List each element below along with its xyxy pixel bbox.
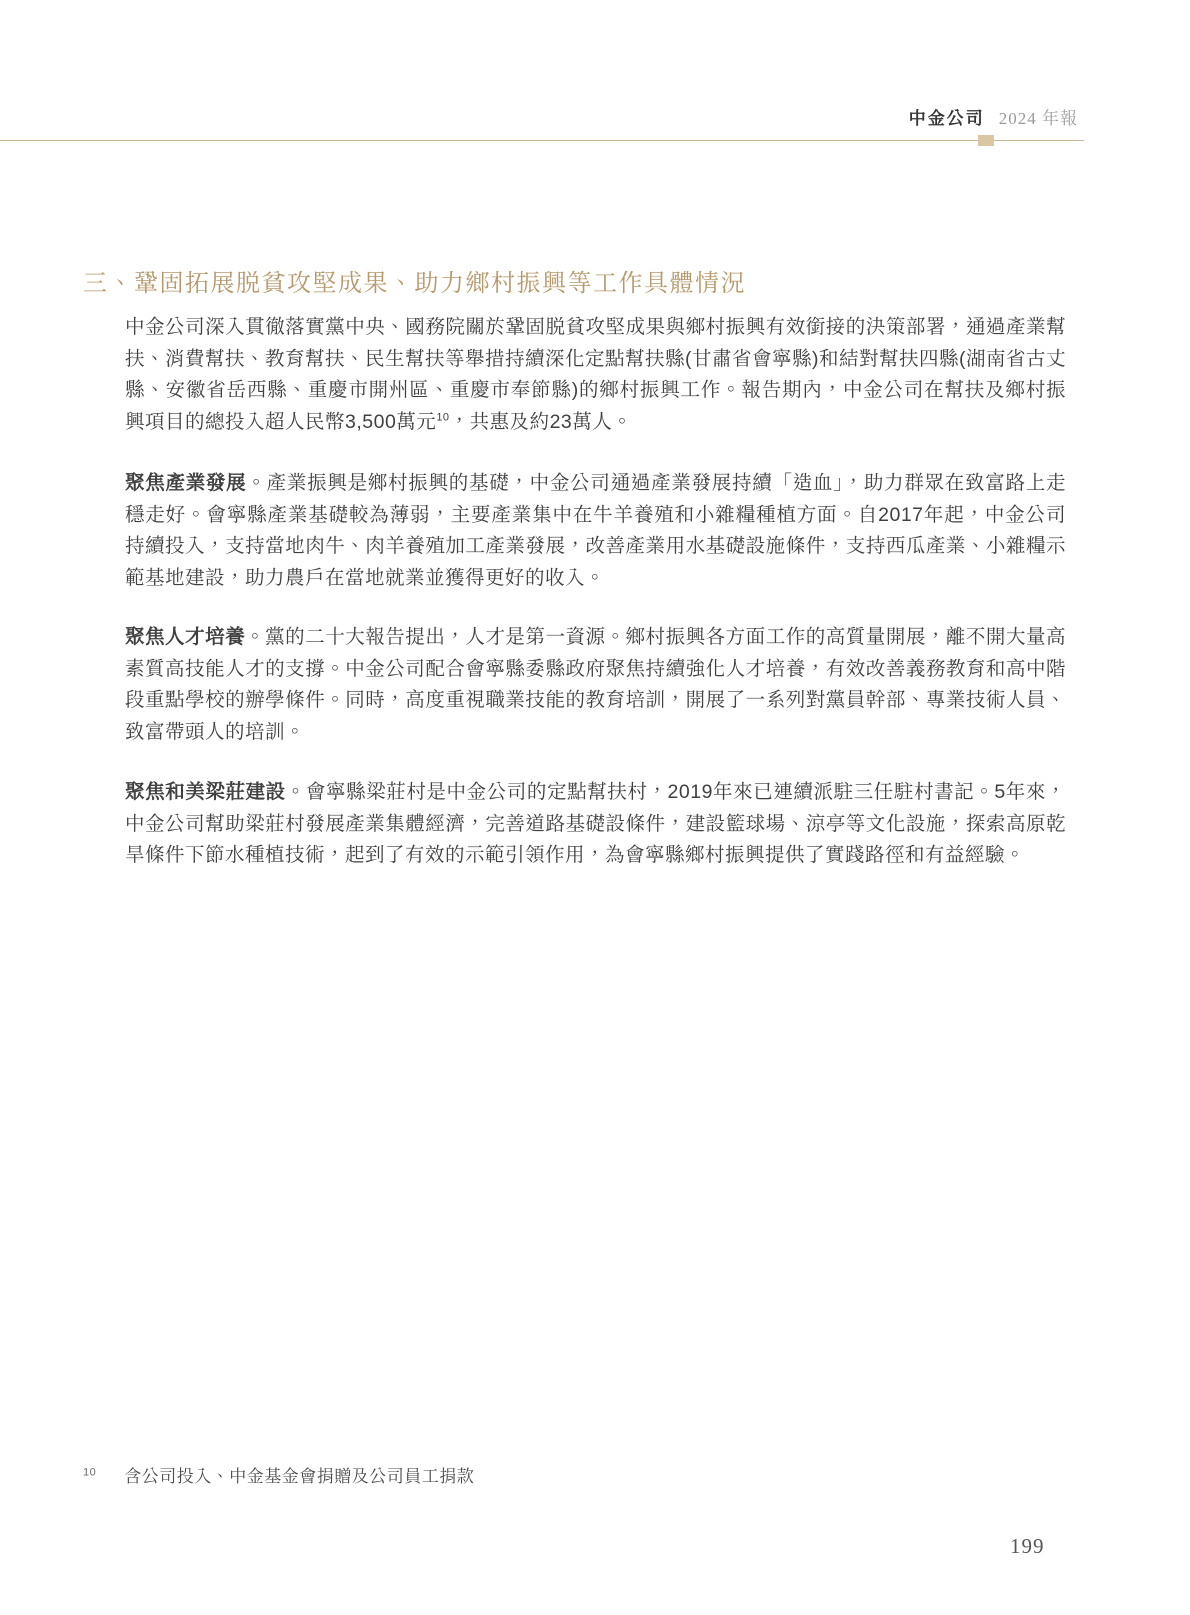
paragraph-lead-industry: 聚焦產業發展 [125,472,246,494]
paragraph-overview-text-after: ，共惠及約23萬人。 [450,411,633,433]
paragraph-overview: 中金公司深入貫徹落實黨中央、國務院關於鞏固脱貧攻堅成果與鄉村振興有效銜接的決策部… [125,312,1066,438]
company-name: 中金公司 [909,109,985,128]
paragraph-lead-talent: 聚焦人才培養 [125,626,245,648]
section-title: 三、鞏固拓展脱貧攻堅成果、助力鄉村振興等工作具體情況 [83,263,746,298]
running-header: 中金公司2024 年報 [909,104,1078,129]
paragraph-industry-text: 。產業振興是鄉村振興的基礎，中金公司通過產業發展持續「造血」，助力群眾在致富路上… [125,472,1066,589]
footnote-text: 含公司投入、中金基金會捐贈及公司員工捐款 [124,1467,474,1486]
paragraph-talent-text: 。黨的二十大報告提出，人才是第一資源。鄉村振興各方面工作的高質量開展，離不開大量… [125,626,1066,743]
paragraph-liangzhuang-village: 聚焦和美梁莊建設。會寧縣梁莊村是中金公司的定點幫扶村，2019年來已連續派駐三任… [125,777,1066,872]
page-number: 199 [1010,1534,1045,1559]
report-year: 2024 年報 [999,109,1078,128]
footnote: 10含公司投入、中金基金會捐贈及公司員工捐款 [83,1462,1003,1487]
divider-square-ornament [978,135,994,146]
paragraph-talent-cultivation: 聚焦人才培養。黨的二十大報告提出，人才是第一資源。鄉村振興各方面工作的高質量開展… [125,622,1066,748]
paragraph-lead-liangzhuang: 聚焦和美梁莊建設 [125,781,286,803]
report-page: 中金公司2024 年報 三、鞏固拓展脱貧攻堅成果、助力鄉村振興等工作具體情況 中… [0,0,1190,1615]
footnote-reference: 10 [436,411,449,423]
footnote-marker: 10 [83,1466,96,1478]
header-divider [0,140,1084,141]
paragraph-industry-development: 聚焦產業發展。產業振興是鄉村振興的基礎，中金公司通過產業發展持續「造血」，助力群… [125,468,1066,594]
